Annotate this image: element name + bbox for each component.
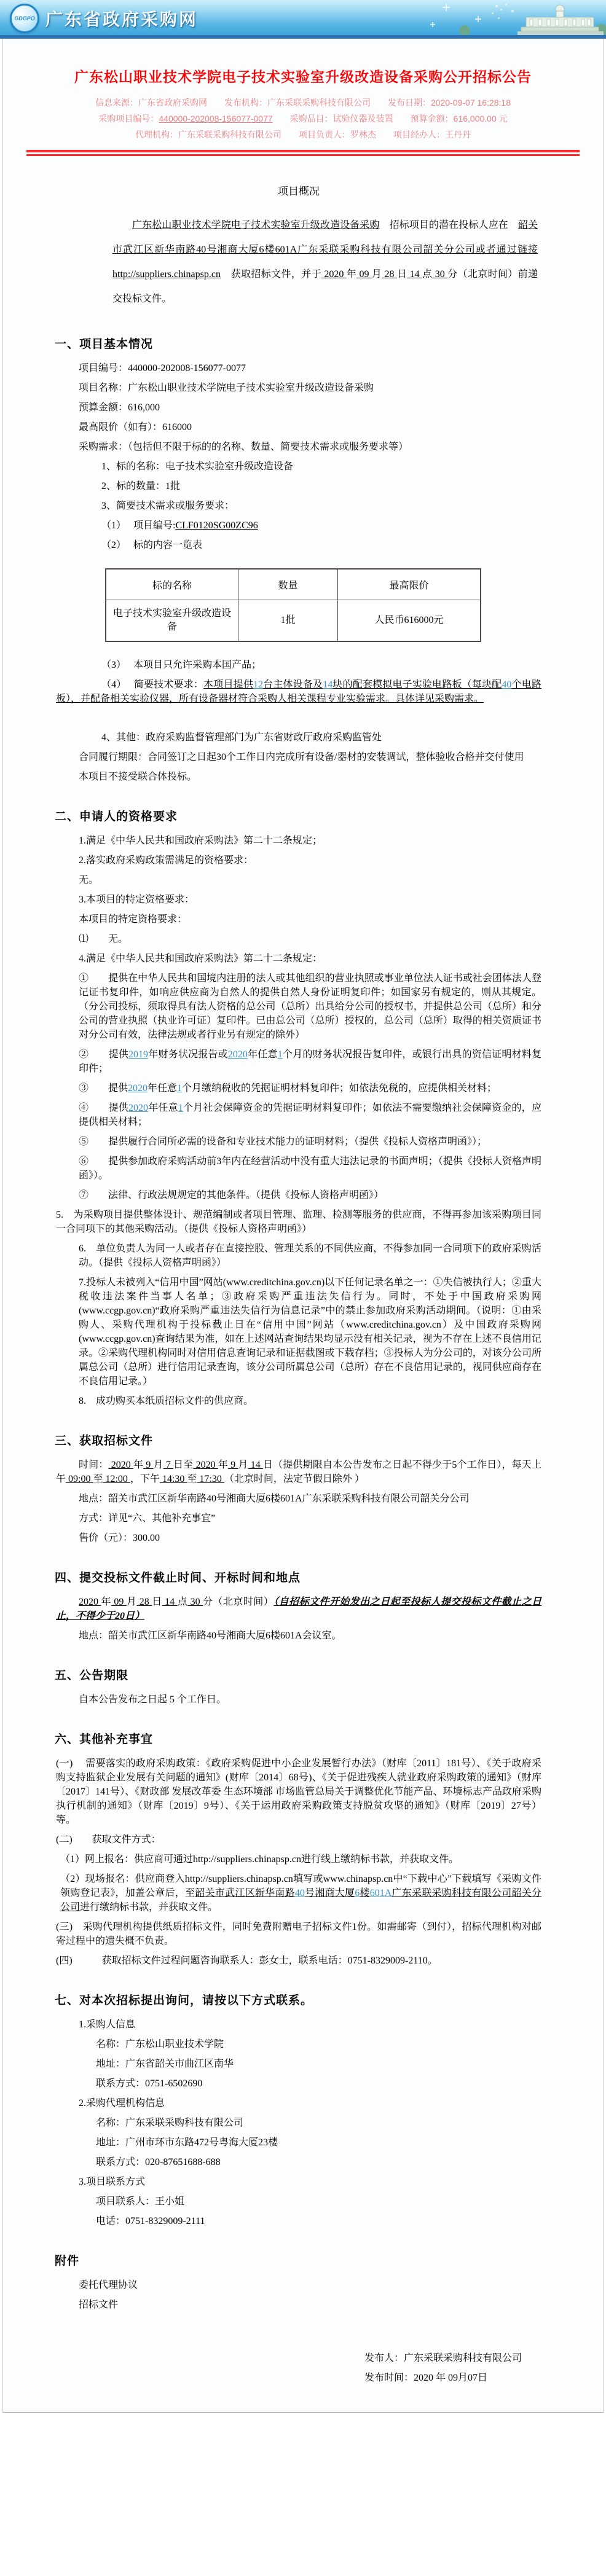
announcement-title: 广东松山职业技术学院电子技术实验室升级改造设备采购公开招标公告 <box>3 39 603 86</box>
meta-value[interactable]: 440000-202008-156077-0077 <box>159 114 272 123</box>
text-run: 月 <box>238 1460 248 1470</box>
meta-label: 采购品目： <box>290 114 333 123</box>
meta-label: 预算金额： <box>411 114 454 123</box>
text-run: 时间： <box>79 1460 109 1470</box>
text-run: 年 <box>133 1460 143 1470</box>
meta-label: 信息来源： <box>95 98 138 108</box>
paragraph: (三) 采购代理机构提供纸质招标文件，同时免费附赠电子招标文件1份。如需邮寄（到… <box>56 1920 541 1948</box>
paragraph: ① 提供在中华人民共和国境内注册的法人或其他组织的营业执照或事业单位法人证书或社… <box>79 971 541 1042</box>
paragraph: 联系方式：020-87651688-688 <box>96 2155 541 2169</box>
meta-value: 616,000.00 元 <box>454 114 508 123</box>
text-run: ④ 提供 <box>79 1103 128 1113</box>
paragraph: (四) 获取招标文件过程问题咨询联系人：彭女士，联系电话：0751-832900… <box>56 1954 541 1968</box>
text-run: 40 <box>295 1888 305 1898</box>
text-run: ② 提供 <box>79 1049 128 1060</box>
meta-field: 项目负责人：罗林杰 <box>299 130 376 139</box>
text-run: 年 <box>347 269 356 280</box>
publisher-label: 发布人： <box>364 2353 404 2363</box>
paragraph: 合同履行期限：合同签订之日起30个工作日内完成所有设备/器材的安装调试，整体验收… <box>56 750 541 764</box>
text-run: 30 <box>187 1597 203 1607</box>
meta-value: 罗林杰 <box>350 130 376 139</box>
meta-field: 信息来源：广东省政府采购网 <box>95 98 207 108</box>
logo-text: GDGPO <box>14 15 35 22</box>
paragraph: 地点：韶关市武江区新华南路40号湘商大厦6楼601A广东采联采购科技有限公司韶关… <box>79 1492 541 1506</box>
paragraph: 售价（元）：300.00 <box>79 1531 541 1545</box>
meta-label: 项目经办人： <box>393 130 445 139</box>
text-run: 2020 <box>128 1083 148 1094</box>
paragraph: ③ 提供2020年任意1个月缴纳税收的凭据证明材料复印件；如依法免税的，应提供相… <box>79 1081 541 1095</box>
text-run: 12 <box>253 679 263 690</box>
text-run: 40 <box>502 679 511 690</box>
paragraph: 广东松山职业技术学院电子技术实验室升级改造设备采购 招标项目的潜在投标人应在 韶… <box>112 213 538 311</box>
text-run: 14 <box>162 1597 178 1607</box>
text-run: 1 <box>178 1103 183 1113</box>
paragraph: ⑴ 无。 <box>79 932 541 946</box>
paragraph: ⑦ 法律、行政法规规定的其他条件。（提供《投标人资格声明函》） <box>79 1188 541 1202</box>
text-run: 月 <box>372 269 382 280</box>
paragraph: （2） 标的内容一览表 <box>101 538 541 552</box>
paragraph: 1、标的名称：电子技术实验室升级改造设备 <box>101 460 541 474</box>
announcement-meta: 信息来源：广东省政府采购网发布机构：广东采联采购科技有限公司发布日期：2020-… <box>3 95 603 143</box>
text-run: 年任意 <box>248 1049 278 1060</box>
paragraph: 项目编号：440000-202008-156077-0077 <box>79 361 541 375</box>
text-run: 2020 <box>128 1103 148 1113</box>
text-run: 9 <box>228 1460 238 1470</box>
paragraph: （1） 项目编号:CLF0120SG00ZC96 <box>101 519 541 533</box>
paragraph: 1.满足《中华人民共和国政府采购法》第二十二条规定； <box>79 834 541 848</box>
items-table-cell: 电子技术实验室升级改造设备 <box>106 600 238 642</box>
text-run: 2020 <box>228 1049 248 1060</box>
meta-label: 项目负责人： <box>299 130 350 139</box>
paragraph: 自本公告发布之日起 5 个工作日。 <box>79 1693 541 1707</box>
text-run: 年任意 <box>148 1083 177 1094</box>
paragraph: 地点：韶关市武江区新华南路40号湘商大厦6楼601A会议室。 <box>79 1629 541 1643</box>
text-run: 点 <box>422 269 432 280</box>
paragraph: 本项目的特定资格要求： <box>79 912 541 926</box>
paragraph: 5. 为采购项目提供整体设计、规范编制或者项目管理、监理、检测等服务的供应商，不… <box>56 1208 541 1236</box>
site-logo: GDGPO 广东省政府采购网 <box>10 4 198 33</box>
items-table-header-cell: 数量 <box>238 569 338 600</box>
text-run: 月 <box>153 1460 163 1470</box>
section-heading: 五、公告期限 <box>55 1666 541 1683</box>
text-run: 年 <box>218 1460 228 1470</box>
inline-link[interactable]: 委托代理协议 <box>79 2280 138 2290</box>
text-run: 号湘商大厦 <box>305 1888 355 1898</box>
text-run: 14 <box>407 269 422 280</box>
items-table: 标的名称数量最高限价电子技术实验室升级改造设备1批人民币616000元 <box>105 568 481 642</box>
paragraph: 3、简要技术需求或服务要求： <box>101 499 541 513</box>
meta-value: 广东采联采购科技有限公司 <box>267 98 371 108</box>
text-run: 2020 <box>193 1460 218 1470</box>
items-table-cell: 1批 <box>238 600 338 642</box>
text-run: ③ 提供 <box>79 1083 128 1094</box>
inline-link[interactable]: http://suppliers.chinapsp.cn <box>193 1854 301 1865</box>
paragraph: 2、标的数量：1批 <box>101 479 541 493</box>
text-run: 日至 <box>173 1460 193 1470</box>
text-run: 年 <box>101 1597 111 1607</box>
meta-field: 发布日期：2020-09-07 16:28:18 <box>388 98 511 108</box>
paragraph: 预算金额：616,000 <box>79 401 541 415</box>
inline-link[interactable]: http://suppliers.chinapsp.cn <box>112 269 221 280</box>
paragraph: 1.采购人信息 <box>79 2018 541 2032</box>
text-run: 09 <box>111 1597 127 1607</box>
section-heading: 三、获取招标文件 <box>55 1431 541 1448</box>
text-run: 本项目提供 <box>203 679 253 690</box>
document-body: 项目概况广东松山职业技术学院电子技术实验室升级改造设备采购 招标项目的潜在投标人… <box>3 156 603 2312</box>
paragraph: 3.本项目的特定资格要求： <box>79 893 541 907</box>
paragraph: (一) 需要落实的政府采购政策：《政府采购促进中小企业发展暂行办法》（财库〔20… <box>56 1756 541 1827</box>
meta-value: 2020-09-07 16:28:18 <box>431 98 511 108</box>
paragraph: ⑤ 提供履行合同所必需的设备和专业技术能力的证明材料；（提供《投标人资格声明函》… <box>79 1135 541 1149</box>
text-run: 年财务状况报告或 <box>148 1049 228 1060</box>
text-run: 月 <box>127 1597 136 1607</box>
text-run: 14 <box>248 1460 263 1470</box>
text-run: （北京时间，法定节假日除外 ） <box>224 1474 364 1484</box>
paragraph: 时间： 2020 年 9 月 7 日至 2020 年 9 月 14 日（提供期限… <box>56 1458 541 1486</box>
meta-value: 试验仪器及装置 <box>333 114 393 123</box>
section-heading: 六、其他补充事宜 <box>55 1730 541 1747</box>
paragraph: 本项目不接受联合体投标。 <box>79 770 541 784</box>
meta-field: 项目经办人：王丹丹 <box>393 130 471 139</box>
meta-label: 采购项目编号： <box>98 114 159 123</box>
text-run: 至 <box>187 1474 197 1484</box>
paragraph: (二) 获取文件方式： <box>56 1833 541 1847</box>
text-run: 日 <box>152 1597 162 1607</box>
text-run: 2019 <box>128 1049 148 1060</box>
meta-value: 广东省政府采购网 <box>138 98 207 108</box>
text-run: 分（北京时间） <box>203 1597 273 1607</box>
paragraph: 2020 年 09 月 28 日 14 点 30 分（北京时间）（自招标文件开始… <box>56 1595 541 1623</box>
paragraph: 4、其他：政府采购监督管理部门为广东省财政厅政府采购监管处 <box>101 730 541 745</box>
banner-building-graphic <box>422 0 606 35</box>
text-run: 获取招标文件，并于 <box>221 269 321 280</box>
meta-value: 广东采联采购科技有限公司 <box>178 130 281 139</box>
text-run: 个月缴纳税收的凭据证明材料复印件；如依法免税的，应提供相关材料； <box>182 1083 497 1094</box>
text-run: 填写或 <box>293 1874 323 1884</box>
meta-value: 王丹丹 <box>445 130 471 139</box>
text-run: 台主体设备及 <box>263 679 323 690</box>
section-heading: 四、提交投标文件截止时间、开标时间和地点 <box>55 1568 541 1585</box>
text-run: 至 <box>93 1474 103 1484</box>
text-run: 2020 <box>79 1597 101 1607</box>
text-run: 28 <box>136 1597 152 1607</box>
paragraph: 7.投标人未被列入“信用中国”网站(www.creditchina.gov.cn… <box>79 1275 541 1388</box>
inline-link[interactable]: http://suppliers.chinapsp.cn <box>185 1874 293 1884</box>
meta-field: 采购项目编号：440000-202008-156077-0077 <box>98 114 272 123</box>
paragraph: 采购需求：（包括但不限于标的的名称、数量、简要技术需求或服务要求等） <box>79 440 541 454</box>
paragraph: 联系方式：0751-6502690 <box>96 2077 541 2091</box>
items-table-header-cell: 标的名称 <box>106 569 238 600</box>
paragraph: 8. 成功购买本纸质招标文件的供应商。 <box>79 1394 541 1408</box>
paragraph: 项目联系人：王小姐 <box>96 2194 541 2209</box>
text-run: （1）网上报名：供应商可通过 <box>60 1854 193 1865</box>
paragraph: 地址：广州市环市东路472号粤海大厦23楼 <box>96 2136 541 2150</box>
text-run: 日 <box>397 269 407 280</box>
doc-overview-heading: 项目概况 <box>56 184 541 198</box>
paragraph: （4） 简要技术要求：本项目提供12台主体设备及14块的配套模拟电子实验电路板（… <box>56 678 541 706</box>
items-table-row: 电子技术实验室升级改造设备1批人民币616000元 <box>106 600 481 642</box>
paragraph: 项目名称：广东松山职业技术学院电子技术实验室升级改造设备采购 <box>79 381 541 395</box>
paragraph: 最高限价（如有）：616000 <box>79 420 541 434</box>
text-run: 块的配套模拟电子实验电路板（每块配 <box>333 679 502 690</box>
items-table-cell: 人民币616000元 <box>338 600 481 642</box>
text-run: 30 <box>432 269 447 280</box>
paragraph: 方式：详见“六、其他补充事宜” <box>79 1511 541 1525</box>
text-run: 进行缴纳标书款，并获取文件。 <box>80 1902 218 1912</box>
text-run: 广东松山职业技术学院电子技术实验室升级改造设备采购 <box>132 220 379 230</box>
announcement-page: 广东松山职业技术学院电子技术实验室升级改造设备采购公开招标公告 信息来源：广东省… <box>2 39 604 2413</box>
meta-row: 代理机构：广东采联采购科技有限公司项目负责人：罗林杰项目经办人：王丹丹 <box>3 127 603 143</box>
text-run: 招标项目的潜在投标人应在 <box>379 220 517 230</box>
inline-link[interactable]: 招标文件 <box>79 2300 118 2310</box>
publish-date-line: 发布时间：2020 年 09月07日 <box>364 2371 541 2385</box>
paragraph: 地址：广东省韶关市曲江区南华 <box>96 2057 541 2071</box>
publish-date-value: 2020 年 09月07日 <box>414 2373 487 2383</box>
text-run: （1） 项目编号: <box>101 520 175 531</box>
inline-link[interactable]: www.chinapsp.cn <box>323 1874 393 1884</box>
section-heading: 二、申请人的资格要求 <box>55 807 541 824</box>
site-name: 广东省政府采购网 <box>45 6 198 31</box>
publish-date-label: 发布时间： <box>364 2373 414 2383</box>
paragraph: 名称：广东松山职业技术学院 <box>96 2037 541 2051</box>
text-run: 年任意 <box>148 1103 178 1113</box>
text-run: 2020 <box>109 1460 133 1470</box>
meta-label: 发布日期： <box>388 98 431 108</box>
text-run: 9 <box>143 1460 153 1470</box>
text-run: 17:30 <box>197 1474 224 1484</box>
items-table-header-row: 标的名称数量最高限价 <box>106 569 481 600</box>
text-run: 601A <box>370 1888 392 1898</box>
publisher-value: 广东采联采购科技有限公司 <box>404 2353 522 2363</box>
meta-field: 预算金额：616,000.00 元 <box>411 114 508 123</box>
paragraph: 3.项目联系方式 <box>79 2175 541 2189</box>
text-run: ，下午 <box>130 1474 160 1484</box>
meta-row: 信息来源：广东省政府采购网发布机构：广东采联采购科技有限公司发布日期：2020-… <box>3 95 603 111</box>
paragraph: 电话：0751-8329009-2111 <box>96 2214 541 2228</box>
paragraph: ⑥ 提供参加政府采购活动前3年内在经营活动中没有重大违法记录的书面声明；（提供《… <box>79 1154 541 1183</box>
paragraph: 委托代理协议 <box>79 2278 541 2292</box>
text-run: 12:00 <box>103 1474 130 1484</box>
text-run: 点 <box>178 1597 187 1607</box>
text-run: 1 <box>278 1049 283 1060</box>
text-run: 14 <box>323 679 333 690</box>
text-run: 28 <box>382 269 397 280</box>
paragraph: 名称：广东采联采购科技有限公司 <box>96 2116 541 2130</box>
paragraph: 2.采购代理机构信息 <box>79 2096 541 2110</box>
section-heading: 一、项目基本情况 <box>55 335 541 351</box>
text-run: 09 <box>356 269 372 280</box>
text-run: （2）现场报名：供应商登入 <box>60 1874 185 1884</box>
paragraph: （2）现场报名：供应商登入http://suppliers.chinapsp.c… <box>60 1872 541 1914</box>
meta-field: 发布机构：广东采联采购科技有限公司 <box>224 98 371 108</box>
paragraph: （3） 本项目只允许采购本国产品； <box>101 658 541 672</box>
inline-link[interactable]: CLF0120SG00ZC96 <box>175 520 258 531</box>
publisher-line: 发布人：广东采联采购科技有限公司 <box>364 2351 541 2365</box>
items-table-header-cell: 最高限价 <box>338 569 481 600</box>
paragraph: 2.落实政府采购政策需满足的资格要求： <box>79 853 541 867</box>
paragraph: 4.满足《中华人民共和国政府采购法》第二十二条规定： <box>79 952 541 966</box>
meta-row: 采购项目编号：440000-202008-156077-0077采购品目：试验仪… <box>3 111 603 127</box>
section-heading: 七、对本次招标提出询问，请按以下方式联系。 <box>55 1991 541 2008</box>
publisher-block: 发布人：广东采联采购科技有限公司 发布时间：2020 年 09月07日 <box>364 2351 541 2385</box>
text-run: 楼 <box>360 1888 369 1898</box>
meta-label: 发布机构： <box>224 98 267 108</box>
meta-label: 代理机构： <box>135 130 178 139</box>
meta-field: 代理机构：广东采联采购科技有限公司 <box>135 130 281 139</box>
site-banner: GDGPO 广东省政府采购网 <box>0 0 606 35</box>
text-run: 14:30 <box>160 1474 187 1484</box>
paragraph: 6. 单位负责人为同一人或者存在直接控股、管理关系的不同供应商，不得参加同一合同… <box>79 1242 541 1270</box>
paragraph: （1）网上报名：供应商可通过http://suppliers.chinapsp.… <box>60 1852 541 1866</box>
text-run: 韶关市武江区新华南路 <box>195 1888 294 1898</box>
section-heading: 附件 <box>55 2252 541 2268</box>
text-run: 2020 <box>321 269 347 280</box>
text-run: 1 <box>177 1083 182 1094</box>
paragraph: 无。 <box>79 873 541 887</box>
text-run: 进行线上缴纳标书款，并获取文件。 <box>301 1854 458 1865</box>
gdgpo-logo-icon: GDGPO <box>10 4 39 33</box>
text-run: （4） 简要技术要求： <box>101 679 203 690</box>
meta-field: 采购品目：试验仪器及装置 <box>290 114 393 123</box>
text-run: 7 <box>163 1460 173 1470</box>
paragraph: 招标文件 <box>79 2298 541 2312</box>
red-double-rule <box>26 150 580 156</box>
paragraph: ④ 提供2020年任意1个月社会保障资金的凭据证明材料复印件；如依法不需要缴纳社… <box>79 1101 541 1129</box>
text-run: 09:00 <box>66 1474 93 1484</box>
paragraph: ② 提供2019年财务状况报告或2020年任意1个月的财务状况报告复印件，或银行… <box>79 1047 541 1076</box>
